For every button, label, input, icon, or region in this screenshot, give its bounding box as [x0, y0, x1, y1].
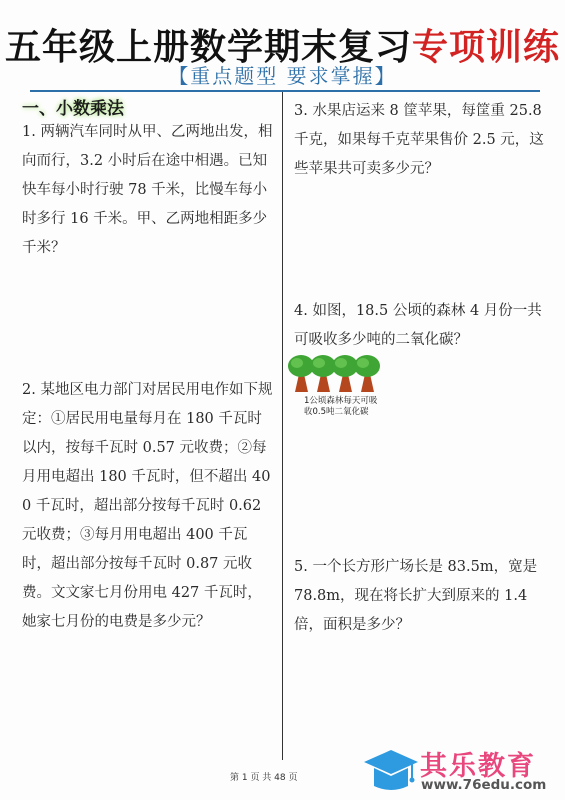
section-heading: 一、小数乘法 [22, 94, 124, 119]
header-divider [30, 90, 540, 92]
graduation-cap-icon [362, 746, 420, 792]
page-number: 第 1 页 共 48 页 [230, 770, 297, 783]
forest-figure: 1公顷森林每天可吸 收0.5吨二氧化碳 [288, 352, 398, 432]
figure-caption: 1公顷森林每天可吸 收0.5吨二氧化碳 [304, 396, 404, 418]
question-4: 4. 如图，18.5 公顷的森林 4 月份一共可吸收多少吨的二氧化碳？ [294, 297, 546, 355]
page-subtitle: 【重点题型 要求掌握】 [0, 64, 565, 88]
trees-icon [288, 352, 398, 394]
caption-line-2: 收0.5吨二氧化碳 [304, 407, 404, 418]
page-title: 五年级上册数学期末复习专项训练 [0, 28, 565, 68]
column-divider [282, 92, 283, 760]
title-accent: 专项训练 [412, 27, 560, 68]
question-5: 5. 一个长方形广场长是 83.5m，宽是 78.8m，现在将长扩大到原来的 1… [294, 553, 546, 640]
question-1: 1. 两辆汽车同时从甲、乙两地出发，相向而行，3.2 小时后在途中相遇。已知快车… [22, 118, 274, 263]
question-2: 2. 某地区电力部门对居民用电作如下规定：①居民用电量每月在 180 千瓦时以内… [22, 376, 274, 637]
title-main: 五年级上册数学期末复习 [5, 27, 412, 68]
caption-line-1: 1公顷森林每天可吸 [304, 396, 404, 407]
brand-logo: 其乐教育 www.76edu.com [362, 740, 562, 798]
brand-url: www.76edu.com [421, 777, 546, 793]
question-3: 3. 水果店运来 8 筐苹果，每筐重 25.8 千克，如果每千克苹果售价 2.5… [294, 97, 546, 184]
